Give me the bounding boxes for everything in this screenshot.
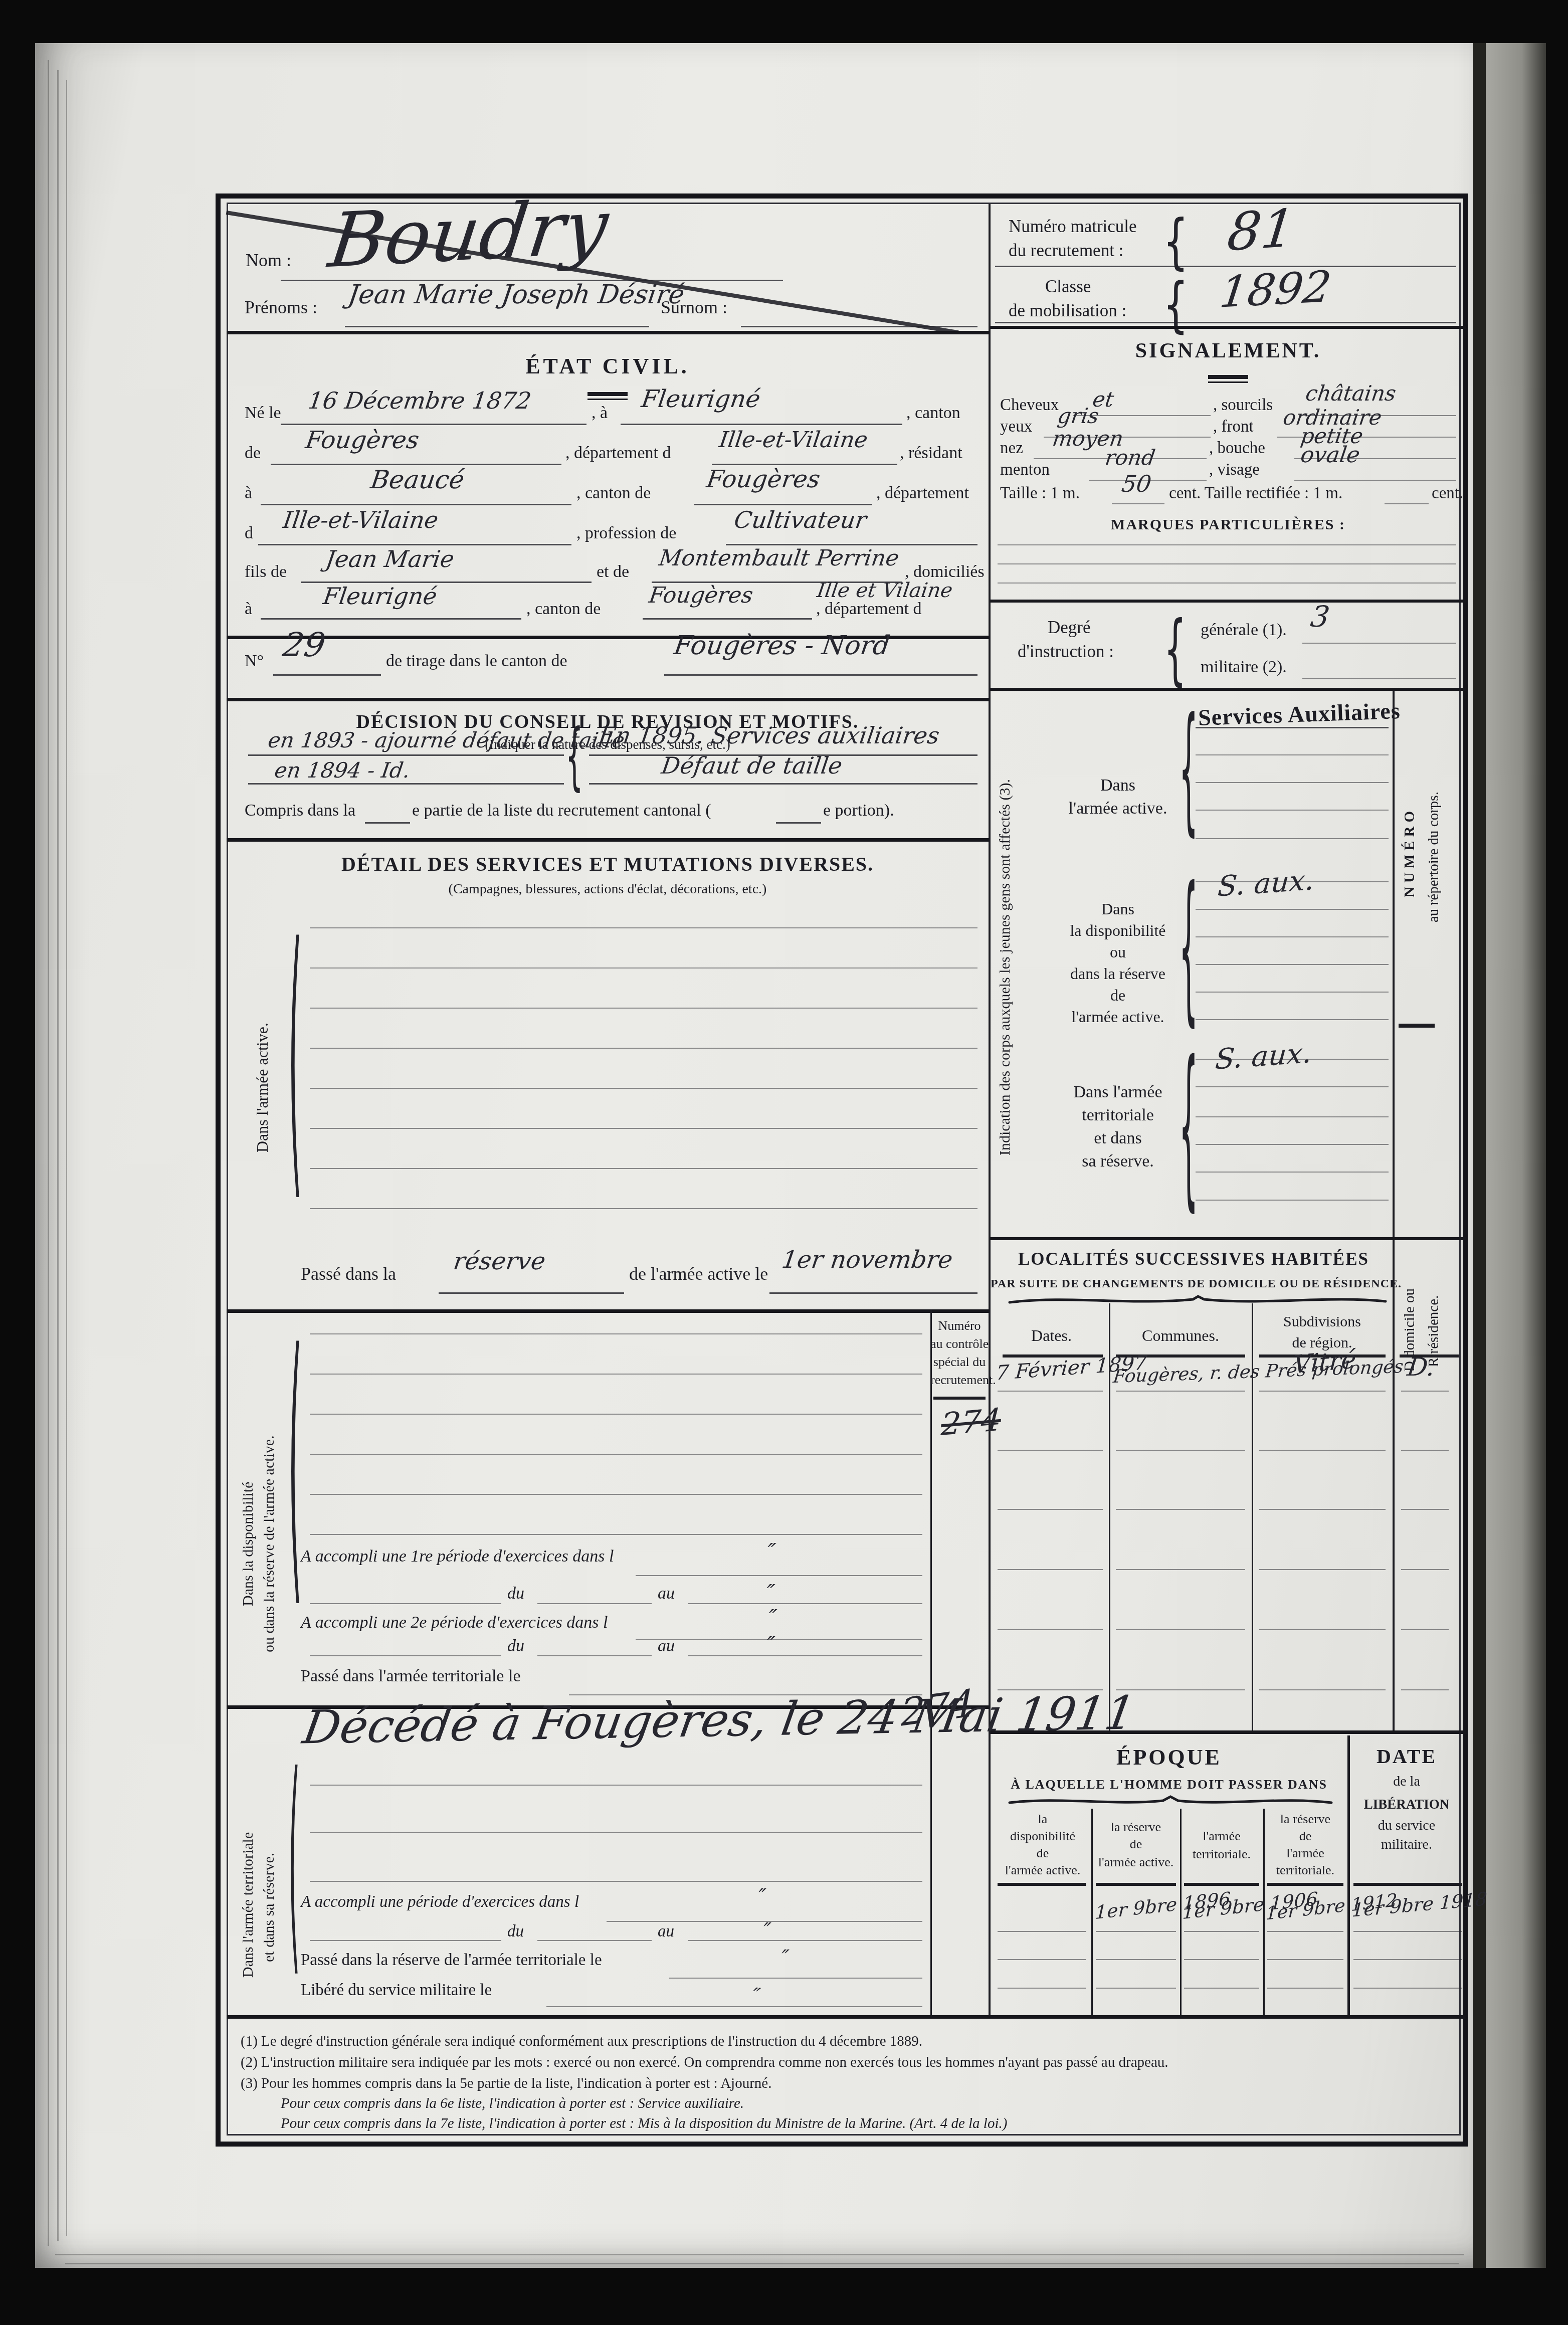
residence-handwriting: Beaucé — [369, 465, 466, 494]
ruled-line — [310, 1785, 922, 1786]
epoque-col2-header: de — [1093, 1837, 1179, 1852]
header-bar — [1184, 1883, 1259, 1886]
nom-value-handwriting: Boudry — [324, 183, 613, 285]
ruled-line — [310, 1655, 501, 1656]
compris-label-3: e portion). — [823, 801, 894, 820]
domicile-handwriting: Fleurigné — [321, 583, 439, 610]
detail-subtitle: (Campagnes, blessures, actions d'éclat, … — [227, 881, 989, 897]
header-bar — [933, 1397, 986, 1400]
periode2-label: A accompli une 2e période d'exercices da… — [301, 1613, 608, 1632]
domicile-canton-handwriting: Fougères — [647, 583, 754, 608]
residence-canton-handwriting: Fougères — [705, 465, 822, 493]
epoque-col1-header: l'armée active. — [995, 1863, 1090, 1878]
scanned-register-page: { "document": { "header": { "nom_label":… — [0, 0, 1568, 2325]
ruled-line — [1196, 1172, 1389, 1173]
header-bar — [1267, 1883, 1343, 1886]
ruled-line — [1096, 1931, 1176, 1932]
localites-subdivision-handwriting: Vitré — [1292, 1345, 1357, 1380]
ruled-line — [1196, 936, 1389, 937]
de-label: de — [245, 444, 261, 463]
territoriale-side-label-2: et dans sa réserve. — [261, 1782, 278, 2033]
section-rule — [991, 1730, 1466, 1734]
etat-civil-title: ÉTAT CIVIL. — [227, 353, 989, 379]
ruled-line — [998, 1391, 1103, 1392]
numero-repertoire-label-1: NUMÉRO — [1402, 717, 1418, 988]
s-aux-handwriting: S. aux. — [1217, 864, 1315, 903]
ruled-line — [537, 1940, 652, 1941]
localites-subtitle: PAR SUITE DE CHANGEMENTS DE DOMICILE OU … — [991, 1277, 1397, 1291]
birth-place-handwriting: Fleurigné — [640, 385, 762, 413]
sourcils-label: , sourcils — [1213, 396, 1273, 415]
epoque-col2-header: l'armée active. — [1093, 1855, 1179, 1870]
footnote-3: (3) Pour les hommes compris dans la 5e p… — [241, 2075, 771, 2092]
profession-label: , profession de — [576, 524, 676, 543]
ruled-line — [310, 1414, 922, 1415]
ruled-line — [1096, 1959, 1176, 1960]
ruled-line — [1184, 1931, 1259, 1932]
ruled-line — [998, 1959, 1086, 1960]
detail-title: DÉTAIL DES SERVICES ET MUTATIONS DIVERSE… — [227, 852, 989, 876]
prenoms-label: Prénoms : — [245, 297, 317, 318]
cent-label: cent. — [1432, 484, 1463, 503]
corps-b1-label: Dans — [1063, 776, 1173, 795]
et-de-label: et de — [597, 562, 629, 582]
father-handwriting: Jean Marie — [324, 545, 456, 572]
ruled-line — [310, 1128, 977, 1129]
compris-label-1: Compris dans la — [245, 801, 355, 820]
epoque-col1-header: de — [995, 1846, 1090, 1861]
ruled-line — [310, 1374, 922, 1375]
controle-header-3: spécial du — [930, 1354, 989, 1370]
corps-side-caption: Indication des corps auxquels les jeunes… — [997, 712, 1014, 1223]
departement-label: , département d — [565, 444, 671, 463]
ruled-line — [310, 1008, 977, 1009]
numero-repertoire-divider — [1393, 691, 1395, 1730]
ruled-line — [1385, 503, 1429, 504]
residence-dept-handwriting: Ille-et-Vilaine — [281, 506, 440, 533]
ruled-line — [1401, 1629, 1449, 1630]
decorative-wave — [1008, 1795, 1333, 1807]
epoque-col3-header: territoriale. — [1181, 1847, 1262, 1862]
curly-brace: ( — [288, 1316, 302, 1611]
passe-territoriale-label: Passé dans l'armée territoriale le — [301, 1667, 521, 1686]
menton-label: menton — [1000, 461, 1050, 479]
departement-label: , département d — [816, 600, 922, 619]
ruled-line — [1196, 909, 1389, 910]
ruled-line — [1401, 1569, 1449, 1570]
tirage-label: de tirage dans le canton de — [386, 652, 567, 671]
epoque-col2-header: la réserve — [1093, 1820, 1179, 1835]
canton-de-label: , canton de — [576, 484, 651, 503]
ruled-line — [439, 1292, 624, 1294]
curly-brace: { — [1179, 701, 1198, 839]
curly-brace: { — [1164, 611, 1187, 688]
ruled-line — [688, 1603, 922, 1604]
footnote-2: (2) L'instruction militaire sera indiqué… — [241, 2054, 1168, 2071]
canton-de-label: , canton de — [526, 600, 601, 619]
classe-value-handwriting: 1892 — [1217, 262, 1334, 317]
ruled-line — [694, 504, 872, 505]
departement-label: , département — [876, 484, 969, 503]
section-rule — [991, 600, 1466, 603]
ruled-line — [1116, 1689, 1245, 1690]
ruled-line — [345, 326, 649, 327]
visage-handwriting: ovale — [1299, 442, 1361, 468]
ruled-line — [1196, 964, 1389, 965]
ruled-line — [1302, 643, 1456, 644]
ruled-line — [643, 618, 812, 620]
birth-canton-handwriting: Fougères — [304, 426, 421, 454]
tick-bar — [1399, 1024, 1435, 1028]
ruled-line — [1196, 754, 1389, 755]
page-edge-line — [57, 70, 59, 2241]
curly-brace: { — [1179, 1040, 1198, 1215]
visage-label: , visage — [1209, 461, 1260, 479]
corps-b2-label: Dans — [1063, 900, 1173, 918]
epoque-date-divider — [1347, 1735, 1350, 2015]
ruled-line — [1401, 1509, 1449, 1510]
du-label: du — [507, 1637, 524, 1656]
ruled-line — [310, 1088, 977, 1089]
degre-label-1: Degré — [1048, 618, 1091, 638]
matricule-number-handwriting: 81 — [1225, 198, 1298, 263]
ruled-line — [1196, 838, 1389, 839]
corps-b2-label: dans la réserve — [1048, 964, 1188, 983]
col-subdivisions-header: Subdivisions — [1253, 1313, 1391, 1330]
ruled-line — [1401, 1689, 1449, 1690]
section-rule — [227, 838, 989, 842]
ruled-line — [310, 1168, 977, 1169]
passe-reserve-handwriting: réserve — [452, 1247, 547, 1275]
ruled-line — [1353, 1988, 1462, 1989]
col-dates-header: Dates. — [995, 1326, 1108, 1345]
ruled-line — [310, 1832, 922, 1833]
passe-reserve-label-1: Passé dans la — [301, 1263, 396, 1284]
ruled-line — [310, 1494, 922, 1495]
ruled-line — [769, 1292, 977, 1294]
ruled-line — [281, 424, 586, 425]
dispo-side-label-2: ou dans la réserve de l'armée active. — [261, 1328, 278, 1760]
front-label: , front — [1213, 418, 1254, 436]
au-label: au — [658, 1584, 675, 1603]
ruled-line — [310, 1881, 922, 1882]
ruled-line — [1096, 1988, 1176, 1989]
ruled-line — [1116, 1569, 1245, 1570]
canton-label: , canton — [906, 404, 960, 423]
ruled-line — [1196, 1086, 1389, 1087]
epoque-subtitle: À LAQUELLE L'HOMME DOIT PASSER DANS — [991, 1777, 1347, 1792]
header-bar — [1096, 1883, 1176, 1886]
territoriale-side-label-1: Dans l'armée territoriale — [240, 1765, 257, 2045]
ruled-line — [621, 424, 902, 425]
degre-militaire-label: militaire (2). — [1201, 658, 1287, 677]
degre-generale-label: générale (1). — [1201, 621, 1287, 640]
tirage-canton-handwriting: Fougères - Nord — [672, 631, 892, 661]
ruled-line — [261, 618, 521, 620]
localites-title: LOCALITÉS SUCCESSIVES HABITÉES — [991, 1249, 1397, 1269]
nez-label: nez — [1000, 439, 1023, 458]
taille-handwriting: 50 — [1120, 470, 1153, 497]
ruled-line — [636, 1639, 922, 1640]
corps-b3-label: territoriale — [1048, 1106, 1188, 1125]
ruled-line — [1116, 1509, 1245, 1510]
ruled-line — [546, 2006, 922, 2007]
ruled-line — [310, 1333, 922, 1334]
classe-label-2: de mobilisation : — [1009, 301, 1126, 321]
profession-handwriting: Cultivateur — [732, 506, 868, 533]
col-communes-header: Communes. — [1110, 1326, 1251, 1345]
classe-label-1: Classe — [1045, 277, 1091, 297]
date-header: LIBÉRATION — [1347, 1797, 1466, 1812]
tirage-no-label: N° — [245, 652, 264, 671]
footnote-1: (1) Le degré d'instruction générale sera… — [241, 2033, 922, 2050]
ruled-line — [1116, 1450, 1245, 1451]
ruled-line — [310, 1603, 501, 1604]
passe-date-handwriting: 1er novembre — [780, 1246, 954, 1274]
decorative-wave — [1008, 1293, 1389, 1306]
ruled-line — [998, 1450, 1103, 1451]
page-edge-line — [66, 80, 67, 2236]
corps-b2-label: la disponibilité — [1048, 921, 1188, 940]
curly-brace: ( — [288, 1747, 300, 1982]
cheveux-label: Cheveux — [1000, 396, 1059, 415]
periode1-label: A accompli une 1re période d'exercices d… — [301, 1547, 614, 1566]
yeux-handwriting: gris — [1056, 404, 1101, 428]
passe-reserve-label-2: de l'armée active le — [629, 1263, 768, 1284]
mother-handwriting: Montembault Perrine — [657, 545, 900, 571]
ruled-line — [1302, 678, 1456, 679]
ruled-line — [1259, 1391, 1386, 1392]
nom-label: Nom : — [246, 250, 291, 271]
ruled-line — [669, 1978, 922, 1979]
ne-le-label: Né le — [245, 404, 281, 423]
ruled-line — [1196, 727, 1389, 728]
ruled-line — [1184, 1959, 1259, 1960]
a-label: à — [245, 484, 252, 503]
ruled-line — [1259, 1629, 1386, 1630]
libere-label: Libéré du service militaire le — [301, 1981, 492, 2000]
ruled-line — [1401, 1450, 1449, 1451]
section-rule — [227, 1309, 989, 1313]
date-header: militaire. — [1347, 1837, 1466, 1853]
ruled-line — [310, 1048, 977, 1049]
ruled-line — [589, 783, 977, 785]
ruled-line — [537, 1655, 652, 1656]
signalement-title: SIGNALEMENT. — [991, 339, 1466, 363]
s-aux-handwriting: S. aux. — [1214, 1037, 1313, 1076]
dispo-side-label-1: Dans la disponibilité — [240, 1404, 257, 1684]
ruled-line — [998, 544, 1456, 545]
curly-brace: { — [1163, 212, 1189, 272]
ruled-line — [1116, 1391, 1245, 1392]
book-gutter-shadow — [1473, 43, 1486, 2268]
ruled-line — [248, 783, 564, 785]
birth-date-handwriting: 16 Décembre 1872 — [306, 387, 533, 414]
corps-b3-label: sa réserve. — [1048, 1152, 1188, 1171]
tirage-no-handwriting: 29 — [281, 626, 328, 664]
ruled-line — [1112, 503, 1164, 504]
ruled-line — [1259, 1509, 1386, 1510]
prenoms-value-handwriting: Jean Marie Joseph Désiré — [346, 280, 686, 310]
ruled-line — [1353, 1959, 1462, 1960]
corps-b3-label: Dans l'armée — [1048, 1083, 1188, 1102]
numero-repertoire-label-2: au répertoire du corps. — [1426, 702, 1442, 1013]
date-header: de la — [1347, 1774, 1466, 1790]
domicile-dept-handwriting: Ille et Vilaine — [816, 579, 954, 602]
ruled-line — [1259, 1569, 1386, 1570]
ruled-line — [1259, 1450, 1386, 1451]
epoque-col4-header: territoriale. — [1264, 1863, 1346, 1878]
compris-label-2: e partie de la liste du recrutement cant… — [412, 801, 711, 820]
ruled-line — [248, 754, 564, 756]
birth-dept-handwriting: Ille-et-Vilaine — [717, 427, 869, 453]
ruled-line — [998, 563, 1456, 564]
ruled-line — [1294, 480, 1456, 481]
ruled-line — [1196, 782, 1389, 783]
du-label: du — [507, 1922, 524, 1941]
section-rule — [227, 698, 989, 701]
page-edge-line — [48, 60, 49, 2246]
matricule-label-1: Numéro matricule — [1009, 217, 1137, 237]
ruled-line — [1184, 1988, 1259, 1989]
date-header: du service — [1347, 1818, 1466, 1834]
sourcils-handwriting: châtains — [1304, 381, 1398, 406]
surnom-label: Surnom : — [661, 297, 727, 318]
ruled-line — [273, 674, 381, 676]
bouche-label: , bouche — [1209, 439, 1265, 458]
ruled-line — [310, 967, 977, 968]
reserve-territoriale-label: Passé dans la réserve de l'armée territo… — [301, 1951, 602, 1970]
ruled-line — [1196, 1116, 1389, 1117]
ruled-line — [998, 1988, 1086, 1989]
d-label: d — [245, 524, 253, 543]
controle-column-divider — [930, 1309, 932, 2015]
au-label: au — [658, 1922, 674, 1941]
title-underline — [587, 392, 628, 400]
ruled-line — [688, 1655, 922, 1656]
section-rule-full-width — [227, 2015, 1465, 2019]
ruled-line — [1196, 1019, 1389, 1020]
ruled-line — [1196, 1200, 1389, 1201]
ruled-line — [310, 927, 977, 928]
header-bar — [1353, 1883, 1462, 1886]
corps-b1-label: l'armée active. — [1048, 799, 1188, 818]
footnote-4: Pour ceux compris dans la 6e liste, l'in… — [281, 2095, 744, 2112]
curly-brace: { — [565, 721, 583, 794]
ruled-line — [998, 583, 1456, 584]
corps-b2-label: ou — [1063, 943, 1173, 961]
epoque-col4-header: l'armée — [1264, 1846, 1346, 1861]
ruled-line — [1196, 1144, 1389, 1145]
ruled-line — [1267, 1959, 1343, 1960]
menton-handwriting: rond — [1104, 445, 1157, 470]
section-rule — [991, 1237, 1466, 1240]
ruled-line — [998, 1629, 1103, 1630]
ruled-line — [310, 1208, 977, 1209]
residant-label: , résidant — [900, 444, 962, 463]
next-page-edge — [1486, 43, 1546, 2268]
a-label: à — [245, 600, 252, 619]
ruled-line — [688, 1940, 922, 1941]
epoque-col3-header: l'armée — [1181, 1829, 1262, 1844]
ruled-line — [998, 1569, 1103, 1570]
ruled-line — [537, 1603, 652, 1604]
du-label: du — [507, 1584, 524, 1603]
marques-label: MARQUES PARTICULIÈRES : — [991, 516, 1466, 533]
epoque-col1-header: disponibilité — [995, 1829, 1090, 1844]
section-rule — [991, 326, 1466, 329]
controle-number-handwriting: 274 — [940, 1401, 1002, 1443]
epoque-title: ÉPOQUE — [991, 1745, 1347, 1770]
ruled-line — [998, 1509, 1103, 1510]
title-underline — [1208, 375, 1248, 383]
ruled-line — [310, 1454, 922, 1455]
au-label: au — [658, 1637, 675, 1656]
corps-b3-label: et dans — [1048, 1129, 1188, 1148]
ruled-line — [1353, 1931, 1462, 1932]
decision-1895-handwriting: En 1895. Services auxiliaires — [597, 722, 941, 749]
controle-header-1: Numéro — [930, 1318, 989, 1333]
ruled-line — [1401, 1391, 1449, 1392]
ruled-line — [261, 504, 571, 505]
footnote-5: Pour ceux compris dans la 7e liste, l'in… — [281, 2115, 1007, 2132]
controle-header-4: recrutement. — [930, 1373, 989, 1388]
controle-header-2: au contrôle — [930, 1336, 989, 1351]
ruled-line — [310, 1534, 922, 1535]
periode-territoriale-label: A accompli une période d'exercices dans … — [301, 1893, 579, 1911]
ruled-line — [664, 674, 977, 676]
ruled-line — [1267, 1988, 1343, 1989]
ruled-line — [1196, 992, 1389, 993]
epoque-col1-header: la — [995, 1812, 1090, 1827]
ruled-line — [998, 1689, 1103, 1690]
decision-1894-handwriting: en 1894 - Id. — [273, 758, 412, 783]
matricule-label-2: du recrutement : — [1009, 241, 1123, 261]
taille-label: Taille : 1 m. — [1000, 484, 1080, 503]
epoque-col4-header: la réserve — [1264, 1812, 1346, 1827]
degre-label-2: d'instruction : — [1018, 642, 1114, 662]
ruled-line — [776, 822, 821, 824]
ruled-line — [1116, 1629, 1245, 1630]
ruled-line — [995, 322, 1456, 323]
ruled-line — [741, 326, 977, 327]
header-bar — [998, 1883, 1086, 1886]
curly-brace: ( — [288, 910, 302, 1205]
localites-dr-handwriting: D. — [1406, 1352, 1437, 1382]
epoque-col4-header: de — [1264, 1829, 1346, 1844]
ruled-line — [1267, 1931, 1343, 1932]
corps-b2-label: de — [1063, 986, 1173, 1005]
ruled-line — [998, 1931, 1086, 1932]
decision-defaut-handwriting: Défaut de taille — [660, 752, 844, 779]
armee-active-side-label: Dans l'armée active. — [253, 973, 272, 1203]
yeux-label: yeux — [1000, 418, 1032, 436]
ruled-line — [310, 1940, 501, 1941]
page-edge-line — [65, 2263, 1459, 2264]
corps-b2-label: l'armée active. — [1048, 1008, 1188, 1026]
section-rule — [227, 331, 989, 334]
fils-de-label: fils de — [245, 562, 287, 582]
page-edge-line — [55, 2254, 1464, 2255]
ruled-line — [1259, 1689, 1386, 1690]
ruled-line — [1196, 810, 1389, 811]
taille-rectifiee-label: cent. Taille rectifiée : 1 m. — [1169, 484, 1342, 503]
ruled-line — [636, 1575, 922, 1576]
ruled-line — [365, 822, 410, 824]
a-label: , à — [592, 404, 608, 423]
date-header: DATE — [1347, 1745, 1466, 1768]
curly-brace: { — [1179, 867, 1198, 1030]
